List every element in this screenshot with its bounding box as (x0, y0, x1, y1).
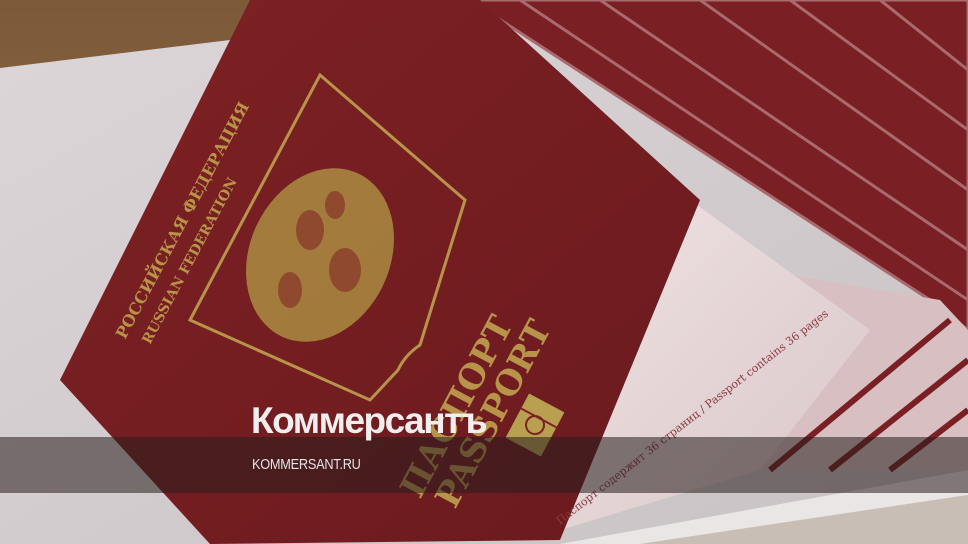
site-url: KOMMERSANT.RU (252, 456, 361, 473)
watermark-band (0, 437, 968, 493)
brand-logo: Коммерсантъ (251, 402, 486, 439)
